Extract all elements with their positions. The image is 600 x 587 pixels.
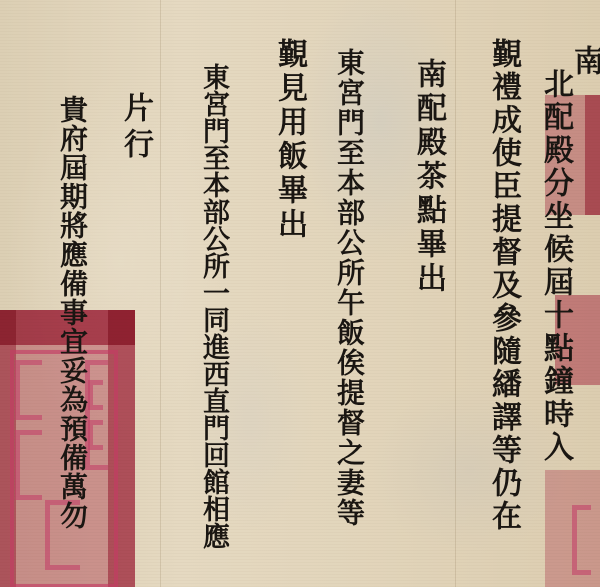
text-column-4: 東宮門至本部公所午飯俟提督之妻等 [335,48,363,528]
text-column-6: 東宮門至本部公所一同進西直門回館相應 [200,63,227,549]
text-column-2: 覲禮成使臣提督及參隨繙譯等仍在 [488,38,518,533]
text-column-5: 覲見用飯畢出 [274,38,304,242]
text-column-1: 北配殿分坐候屆十點鐘時入 [540,68,570,464]
text-column-1-raised: 南 [570,45,600,79]
paper-fold-line [160,0,161,587]
text-column-7: 片行 [120,92,150,164]
paper-fold-line [455,0,456,587]
text-column-3: 南配殿茶點畢出 [413,58,443,296]
text-column-8: 貴府屆期將應備事宜妥為預備萬勿 [58,95,86,530]
